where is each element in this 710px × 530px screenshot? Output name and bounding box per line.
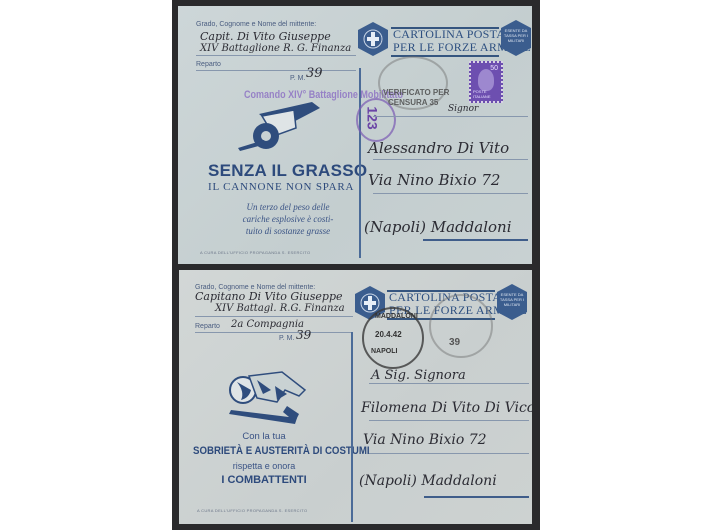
address-name: Filomena Di Vito Di Vico — [361, 400, 532, 416]
address-salutation: Signor — [448, 104, 478, 114]
address-street: Via Nino Bixio 72 — [368, 171, 500, 189]
propaganda-headline: SOBRIETÀ E AUSTERITÀ DI COSTUMI — [193, 445, 370, 457]
address-rule — [373, 116, 528, 117]
postcard-top: Grado, Cognome e Nome del mittente: Capi… — [178, 6, 532, 264]
card-divider — [351, 332, 353, 522]
pm-label: P. M. — [279, 335, 294, 342]
postage-stamp: 50 POSTE ITALIANE — [469, 61, 503, 103]
stamp-value: 50 — [490, 65, 498, 72]
address-city: (Napoli) Maddaloni — [364, 218, 512, 236]
sender-rule — [196, 55, 356, 56]
propaganda-credit: A CURA DELL'UFFICIO PROPAGANDA S. ESERCI… — [197, 508, 307, 513]
propaganda-headline: SENZA IL GRASSO — [208, 161, 367, 181]
field-post-number: 39 — [449, 337, 460, 348]
address-rule — [369, 420, 529, 421]
propaganda-body: Un terzo del peso delle cariche esplosiv… — [228, 201, 348, 237]
reparto-value: 2a Compagnia — [231, 319, 304, 330]
exempt-badge-text: ESENTE DA TASSA PER I MILITARI — [503, 28, 529, 43]
sender-rule — [195, 316, 353, 317]
stamp-caption: POSTE ITALIANE — [473, 89, 501, 99]
reparto-label: Reparto — [195, 323, 220, 330]
propaganda-intro: Con la tua — [179, 431, 349, 442]
pm-value: 39 — [296, 328, 311, 342]
reparto-label: Reparto — [196, 61, 221, 68]
address-rule — [369, 453, 529, 454]
address-rule — [369, 383, 529, 384]
propaganda-middle: rispetta e onora — [179, 461, 349, 471]
address-underline — [424, 496, 529, 498]
address-rule — [373, 159, 528, 160]
address-name: Alessandro Di Vito — [368, 139, 509, 157]
propaganda-credit: A CURA DELL'UFFICIO PROPAGANDA S. ESERCI… — [200, 250, 310, 255]
reparto-rule — [196, 70, 356, 71]
exempt-badge-text: ESENTE DA TASSA PER I MILITARI — [499, 292, 525, 307]
postmark-text-line1: VERIFICATO PER — [383, 88, 449, 97]
sender-name: Capitano Di Vito Giuseppe — [195, 290, 343, 303]
sender-unit: XIV Battagl. R.G. Finanza — [215, 303, 345, 314]
censor-number: 123 — [365, 106, 381, 129]
sender-label: Grado, Cognome e Nome del mittente: — [196, 21, 316, 28]
artillery-cannon-icon — [234, 100, 324, 152]
address-city: (Napoli) Maddaloni — [359, 473, 497, 489]
address-underline — [423, 239, 528, 241]
propaganda-closing: I COMBATTENTI — [179, 474, 349, 486]
card-divider — [359, 68, 361, 258]
king-portrait-icon — [478, 69, 494, 91]
pm-value: 39 — [306, 66, 323, 81]
postmark-text-line2: CENSURA 35 — [388, 98, 438, 107]
hand-grenade-gear-icon — [227, 368, 317, 428]
address-salutation: A Sig. Signora — [371, 368, 466, 383]
address-rule — [373, 193, 528, 194]
propaganda-subheadline: IL CANNONE NON SPARA — [208, 181, 354, 193]
postmark-city: MADDALONI — [375, 313, 418, 320]
field-post-postmark — [429, 294, 493, 358]
savoy-crest-icon — [358, 22, 388, 56]
postmark-date: 20.4.42 — [375, 330, 402, 339]
sender-unit: XIV Battaglione R. G. Finanza — [200, 43, 351, 54]
postmark-province: NAPOLI — [371, 348, 397, 355]
sender-name: Capit. Di Vito Giuseppe — [200, 30, 331, 43]
address-street: Via Nino Bixio 72 — [363, 432, 487, 448]
postcard-bottom: Grado, Cognome e Nome del mittente: Capi… — [179, 270, 532, 524]
reparto-rule — [195, 332, 353, 333]
pm-label: P. M. — [290, 75, 305, 82]
